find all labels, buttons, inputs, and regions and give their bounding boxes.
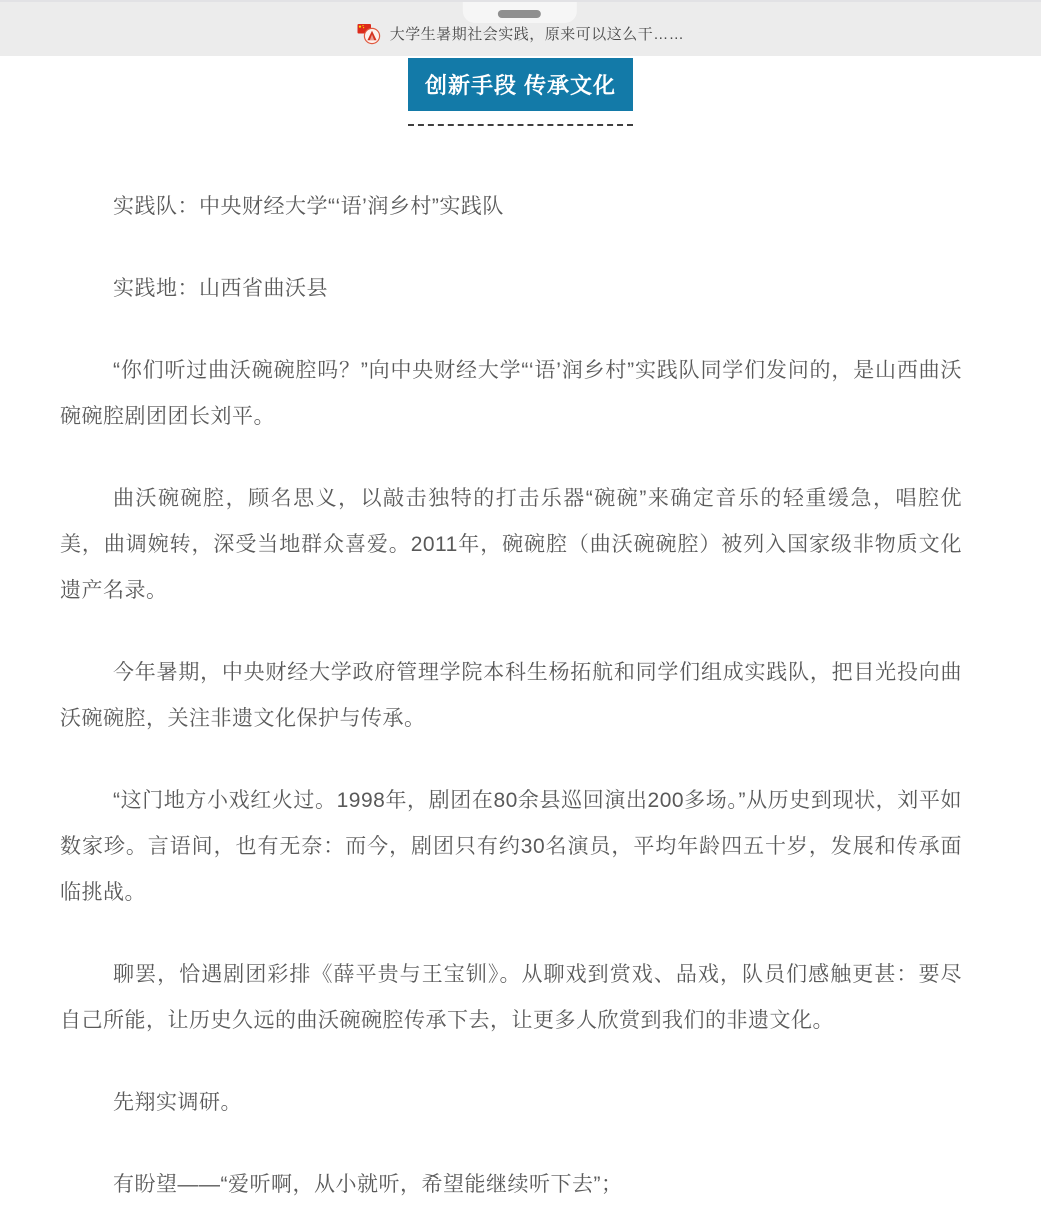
article-body: 实践队：中央财经大学“‘语’润乡村”实践队 实践地：山西省曲沃县 “你们听过曲沃… <box>0 184 1041 1208</box>
article-paragraph: 实践地：山西省曲沃县 <box>60 266 962 312</box>
red-flag-logo-icon <box>357 23 381 45</box>
page: 大学生暑期社会实践，原来可以这么干…… 创新手段 传承文化 实践队：中央财经大学… <box>0 0 1041 1208</box>
article-paragraph: “你们听过曲沃碗碗腔吗？”向中央财经大学“‘语’润乡村”实践队同学们发问的，是山… <box>60 348 962 440</box>
article-page: 创新手段 传承文化 实践队：中央财经大学“‘语’润乡村”实践队 实践地：山西省曲… <box>0 58 1041 1208</box>
article-paragraph: 聊罢，恰遇剧团彩排《薛平贵与王宝钏》。从聊戏到赏戏、品戏，队员们感触更甚：要尽自… <box>60 952 962 1044</box>
article-paragraph: 先翔实调研。 <box>60 1080 962 1126</box>
tab-hint <box>462 2 576 23</box>
article-paragraph: “这门地方小戏红火过。1998年，剧团在80余县巡回演出200多场。”从历史到现… <box>60 778 962 916</box>
title-bar: 大学生暑期社会实践，原来可以这么干…… <box>0 0 1041 56</box>
drag-handle[interactable] <box>498 10 541 18</box>
article-paragraph: 有盼望——“爱听啊，从小就听，希望能继续听下去”； <box>60 1162 962 1208</box>
document-title: 大学生暑期社会实践，原来可以这么干…… <box>390 23 685 44</box>
dashed-divider <box>408 124 633 126</box>
section-header: 创新手段 传承文化 <box>408 58 633 126</box>
article-paragraph: 实践队：中央财经大学“‘语’润乡村”实践队 <box>60 184 962 230</box>
article-paragraph: 曲沃碗碗腔，顾名思义，以敲击独特的打击乐器“碗碗”来确定音乐的轻重缓急，唱腔优美… <box>60 476 962 614</box>
section-banner: 创新手段 传承文化 <box>408 58 633 111</box>
article-paragraph: 今年暑期，中央财经大学政府管理学院本科生杨拓航和同学们组成实践队，把目光投向曲沃… <box>60 650 962 742</box>
